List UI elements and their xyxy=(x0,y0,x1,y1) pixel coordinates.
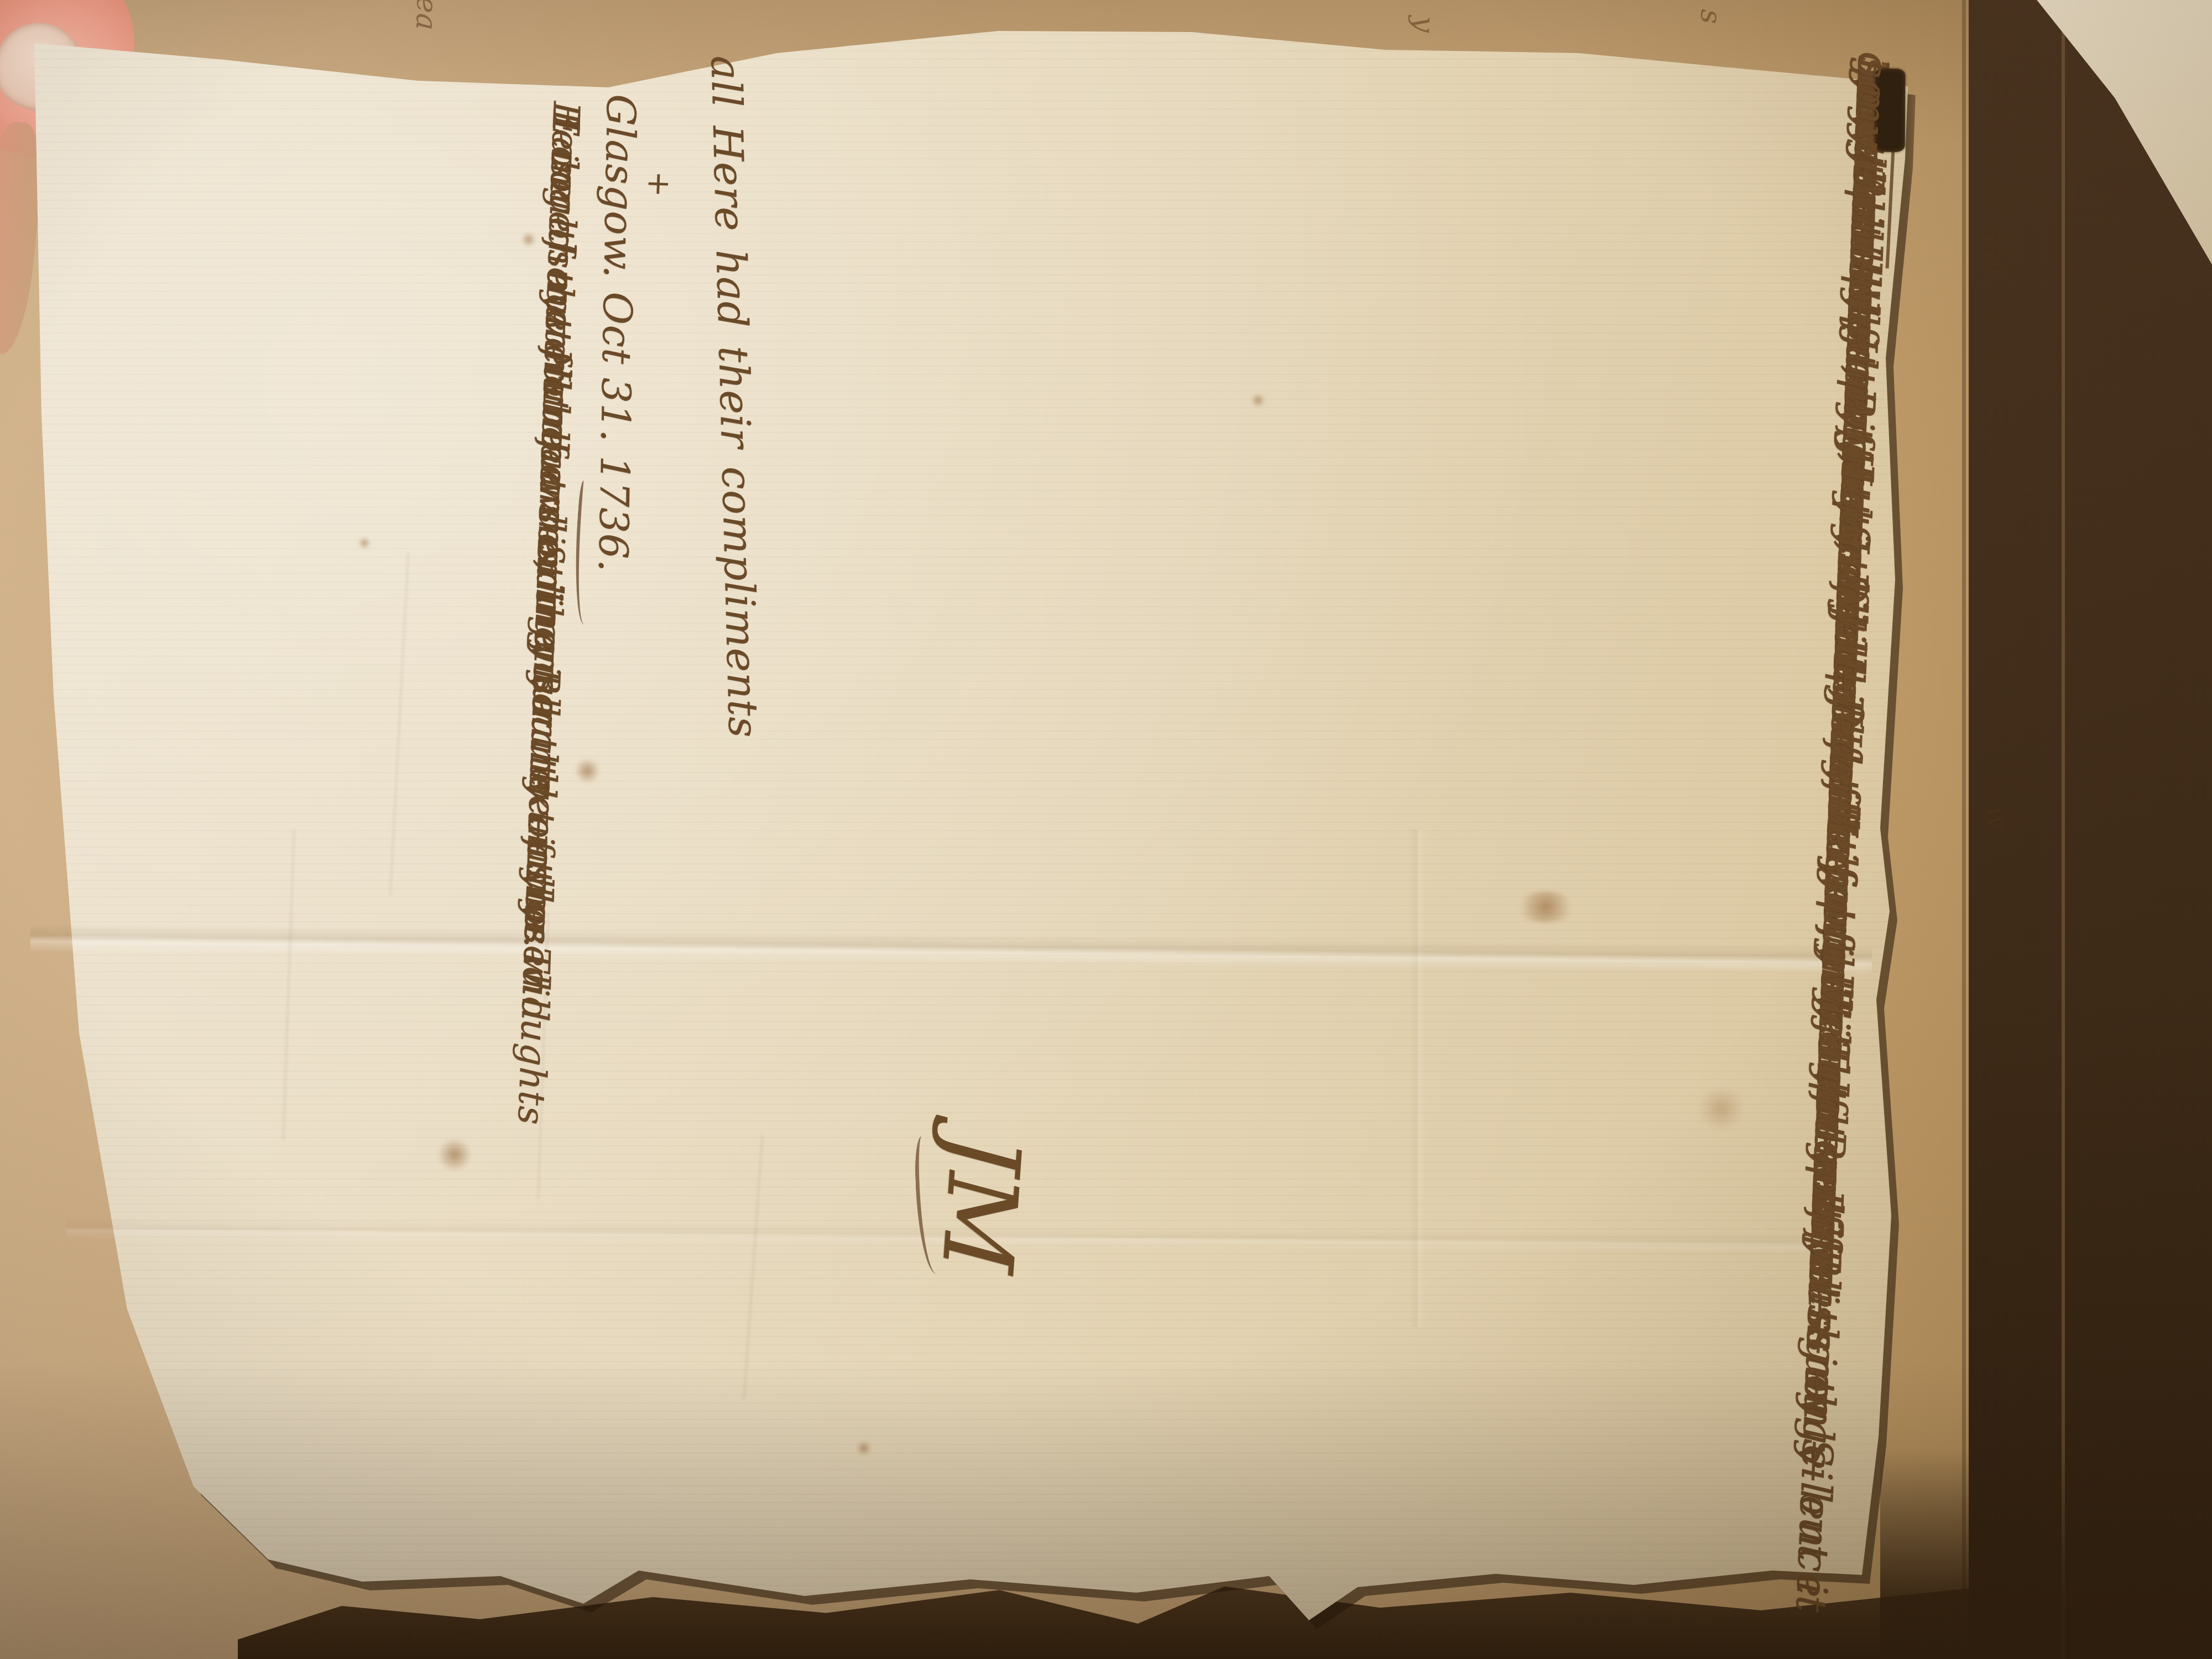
edge-text-fragment: ea xyxy=(409,0,444,31)
edge-text-fragment: did xyxy=(1973,225,2008,270)
page-stack-seam xyxy=(2062,0,2065,1659)
edge-text-fragment: y xyxy=(1407,15,1441,33)
edge-text-fragment: w xyxy=(1980,805,2013,831)
postscript-text: I could not forbear sending you the incl… xyxy=(243,92,597,1374)
stain xyxy=(574,759,601,783)
edge-text-fragment: s xyxy=(1694,9,1728,25)
letter-body-text: commands! were it possible for me to fin… xyxy=(1035,20,1907,1639)
page-stack-seam xyxy=(1962,0,1966,1659)
bottom-right-shadow xyxy=(1880,1449,2212,1659)
page-stack-edges xyxy=(1902,0,2212,1659)
stain xyxy=(856,1441,872,1455)
manuscript-photo: ea y s did w commands! were it possible … xyxy=(0,0,2212,1659)
signature: JM xyxy=(890,1129,1057,1316)
